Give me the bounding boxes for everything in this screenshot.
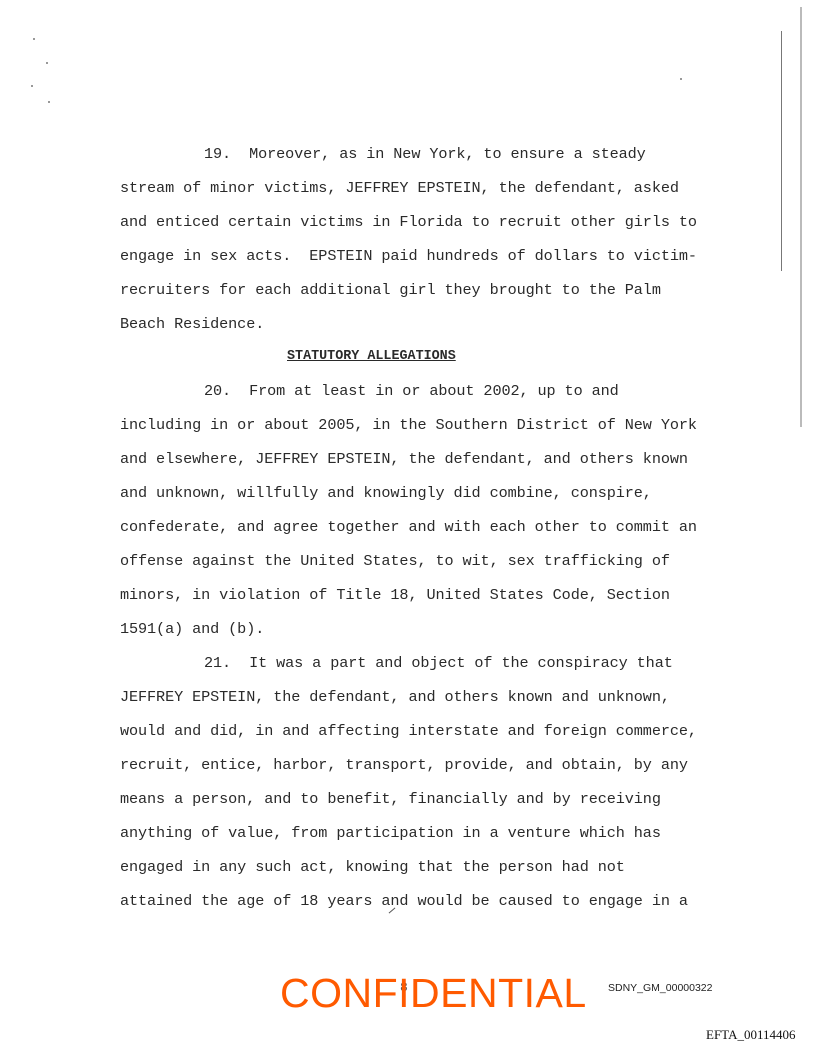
section-heading: STATUTORY ALLEGATIONS (287, 349, 456, 364)
text-line: would and did, in and affecting intersta… (120, 722, 697, 740)
text-line: 1591(a) and (b). (120, 620, 264, 638)
text-line: 21. It was a part and object of the cons… (204, 654, 673, 672)
text-line: Beach Residence. (120, 315, 264, 333)
scan-edge-line (800, 7, 802, 427)
text-line: recruiters for each additional girl they… (120, 281, 661, 299)
text-line: 20. From at least in or about 2002, up t… (204, 382, 619, 400)
bates-number: SDNY_GM_00000322 (608, 982, 712, 994)
text-line: minors, in violation of Title 18, United… (120, 586, 670, 604)
text-line: and enticed certain victims in Florida t… (120, 213, 697, 231)
scan-edge-line (781, 31, 782, 271)
text-line: means a person, and to benefit, financia… (120, 790, 661, 808)
text-line: engage in sex acts. EPSTEIN paid hundred… (120, 247, 697, 265)
text-line: stream of minor victims, JEFFREY EPSTEIN… (120, 179, 679, 197)
confidential-stamp: CONFIDENTIAL (280, 973, 587, 1014)
scan-speck (31, 85, 33, 87)
document-page: 19. Moreover, as in New York, to ensure … (0, 0, 817, 1056)
scan-speck (33, 38, 35, 40)
text-line: engaged in any such act, knowing that th… (120, 858, 625, 876)
efta-number: EFTA_00114406 (706, 1027, 795, 1043)
scan-speck (680, 78, 682, 80)
text-line: including in or about 2005, in the South… (120, 416, 697, 434)
text-line: JEFFREY EPSTEIN, the defendant, and othe… (120, 688, 670, 706)
scan-speck (46, 62, 48, 64)
scan-speck (48, 101, 50, 103)
text-line: and unknown, willfully and knowingly did… (120, 484, 652, 502)
text-line: offense against the United States, to wi… (120, 552, 670, 570)
text-line: anything of value, from participation in… (120, 824, 661, 842)
text-line: recruit, entice, harbor, transport, prov… (120, 756, 688, 774)
text-line: 19. Moreover, as in New York, to ensure … (204, 145, 646, 163)
text-line: attained the age of 18 years and would b… (120, 892, 688, 910)
text-line: confederate, and agree together and with… (120, 518, 697, 536)
text-line: and elsewhere, JEFFREY EPSTEIN, the defe… (120, 450, 688, 468)
